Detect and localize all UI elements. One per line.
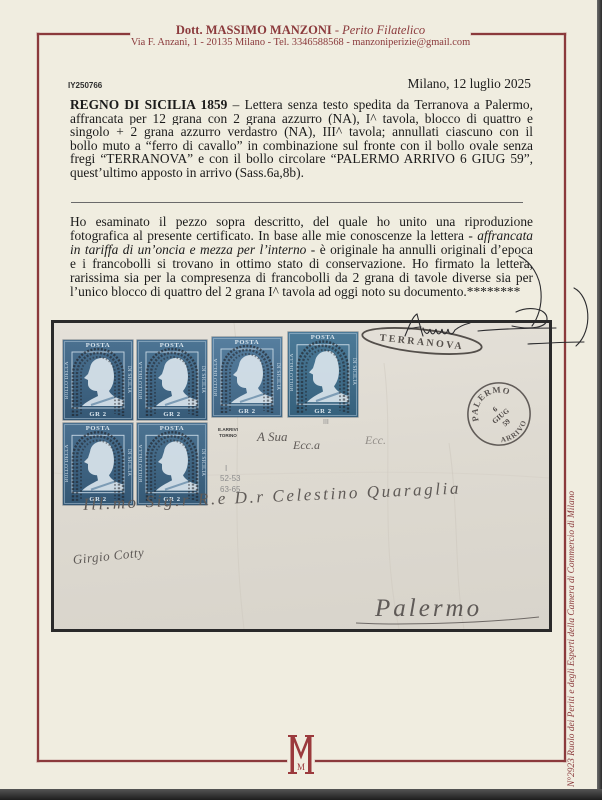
opinion-line: rarissima sia per la compresenza di fran… (70, 271, 533, 285)
opinion-italic: in tariffa di un’oncia e mezza per l’int… (70, 243, 306, 257)
pencil-note-plate: I (225, 464, 227, 473)
opinion-line: Ho esaminato il pezzo sopra descritto, d… (70, 215, 533, 229)
cover-photo: POSTA BOLLO DELLA DI SICILIA GR 2 POSTA … (51, 320, 552, 632)
stamp-2-grana: POSTA BOLLO DELLA DI SICILIA GR 2 (63, 340, 133, 420)
opinion-text: - è originale ha annulli originali d’epo… (306, 243, 533, 257)
frame-bottom-right (315, 760, 566, 762)
expert-mark-line1: E.ARRIVI (218, 427, 238, 433)
horseshoe-cancel-icon (212, 337, 282, 417)
opinion-line: in tariffa di un’oncia e mezza per l’int… (70, 243, 533, 257)
frame-bottom-left (37, 760, 287, 762)
stamp-2-grana: POSTA BOLLO DELLA DI SICILIA GR 2 (212, 337, 282, 417)
certificate-number: IY250766 (68, 81, 102, 90)
expert-guarantee-mark: E.ARRIVI TORINO (218, 427, 238, 438)
opinion-paragraph: Ho esaminato il pezzo sopra descritto, d… (70, 215, 533, 300)
description-line: REGNO DI SICILIA 1859 – Lettera senza te… (70, 98, 533, 112)
opinion-line: e i francobolli si trovano in ottimo sta… (70, 257, 533, 271)
header-separator: - (332, 23, 342, 37)
frame-top-right (471, 33, 566, 35)
description-heading: REGNO DI SICILIA 1859 (70, 98, 227, 112)
pencil-note-plate-single: III (323, 418, 329, 427)
expert-registry-note: N°2923 Ruolo dei Periti e degli Esperti … (566, 505, 578, 787)
description-line: fregi “TERRANOVA” e con il bollo circola… (70, 152, 533, 166)
monogram-small-letter: M (297, 762, 305, 772)
horseshoe-cancel-icon (137, 340, 207, 420)
destination-flourish-icon (354, 613, 544, 627)
opinion-italic: affrancata (477, 229, 533, 243)
description-line: quest’ultimo apposto in arrivo (Sass.6a,… (70, 166, 533, 180)
opinion-text: fotografica al presente certificato. In … (70, 229, 477, 243)
description-text: – Lettera senza testo spedita da Terrano… (227, 98, 533, 112)
expert-address: Via F. Anzani, 1 - 20135 Milano - Tel. 3… (0, 37, 601, 49)
frame-left (37, 33, 39, 762)
scan-edge-right (597, 0, 602, 800)
opinion-line: fotografica al presente certificato. In … (70, 229, 533, 243)
pencil-note-range: 52-53 (220, 474, 240, 483)
opinion-line: l’unico blocco di quattro del 2 grana I^… (70, 285, 533, 299)
handwriting-salutation: A Sua (257, 429, 287, 445)
description-line: affrancata per 12 grana con 2 grana azzu… (70, 112, 533, 126)
stamp-2-grana-single: POSTA BOLLO DELLA DI SICILIA GR 2 (288, 332, 358, 417)
description-line: bollo muto a “ferro di cavallo” in combi… (70, 139, 533, 153)
certificate-place-date: Milano, 12 luglio 2025 (280, 77, 531, 91)
description-paragraph: REGNO DI SICILIA 1859 – Lettera senza te… (70, 98, 533, 180)
handwriting-title: Ecc.a (293, 438, 320, 453)
stamp-2-grana: POSTA BOLLO DELLA DI SICILIA GR 2 (137, 340, 207, 420)
oval-postmark-text: TERRANOVA (379, 333, 464, 353)
monogram-logo-icon: M (288, 735, 314, 774)
horseshoe-cancel-icon (63, 340, 133, 420)
frame-top-left (37, 33, 130, 35)
expert-name: Dott. MASSIMO MANZONI (176, 23, 332, 37)
scan-edge-bottom (0, 789, 602, 800)
expert-role: Perito Filatelico (342, 23, 425, 37)
expert-mark-line2: TORINO (218, 433, 238, 439)
description-line: singolo + 2 grana azzurro verdastro (NA)… (70, 125, 533, 139)
horseshoe-cancel-icon (288, 332, 358, 417)
handwriting-title-2: Ecc. (365, 433, 386, 448)
section-divider (71, 202, 523, 203)
